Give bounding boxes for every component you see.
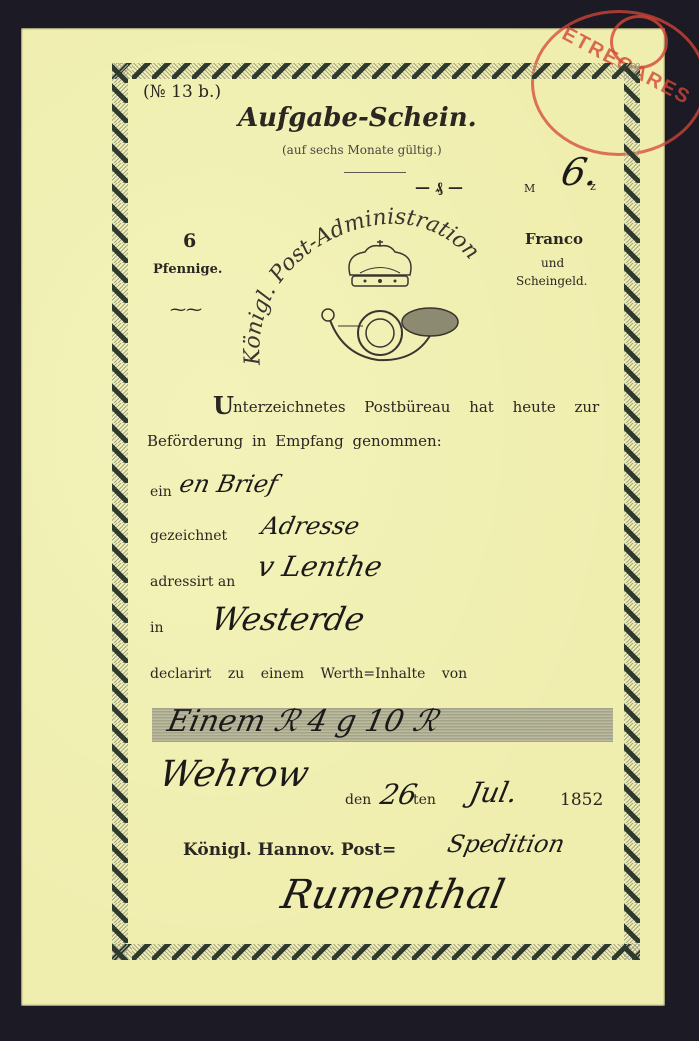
- year: 1852: [560, 790, 603, 810]
- den-label: den: [345, 792, 371, 808]
- scheingeld-label: Scheingeld.: [516, 274, 587, 288]
- declared-value-handwritten: Einem ℛ 4 g 10 ℛ: [164, 704, 440, 739]
- validity-note: (auf sechs Monate gültig.): [282, 143, 442, 157]
- field-label-gezeichnet: gezeichnet: [150, 528, 227, 544]
- field-value-in: Westerde: [208, 600, 368, 638]
- place-handwritten: Wehrow: [156, 754, 313, 795]
- office-handwritten: Spedition: [445, 830, 567, 858]
- fee-symbol: — ₰ —: [415, 178, 463, 197]
- title-divider: [344, 172, 406, 173]
- und-label: und: [541, 256, 564, 270]
- border-left: [112, 63, 128, 960]
- field-label-in: in: [150, 620, 164, 636]
- field-label-ein: ein: [150, 484, 172, 500]
- field-value-gezeichnet: Adresse: [259, 512, 362, 540]
- declared-label: declarirt zu einem Werth=Inhalte von: [150, 666, 467, 682]
- document-title: Aufgabe-Schein.: [238, 103, 477, 133]
- border-top: [112, 63, 640, 79]
- intro-drop-cap: U: [213, 391, 234, 420]
- intro-line-1: nterzeichnetes Postbüreau hat heute zur: [233, 398, 599, 416]
- office-label: Königl. Hannov. Post=: [183, 840, 396, 860]
- ten-label: ten: [413, 792, 436, 808]
- intro-line-2: Beförderung in Empfang genommen:: [147, 432, 442, 450]
- signature-handwritten: Rumenthal: [277, 872, 508, 918]
- crown-icon: [340, 240, 420, 300]
- fee-unit-suffix: z: [590, 180, 596, 193]
- posthorn-icon: [318, 300, 463, 370]
- form-number: (№ 13 b.): [143, 82, 221, 102]
- franco-label: Franco: [525, 230, 583, 248]
- fee-unit-mark: M: [524, 182, 535, 195]
- border-right: [624, 63, 640, 960]
- price-amount: 6: [183, 230, 196, 252]
- field-value-ein: en Brief: [177, 470, 280, 498]
- price-ornament: ⁓⁓: [170, 300, 202, 319]
- field-value-adressirt: v Lenthe: [254, 550, 385, 583]
- border-bottom: [112, 944, 640, 960]
- field-label-adressirt: adressirt an: [150, 574, 235, 590]
- month-handwritten: Jul.: [466, 776, 520, 809]
- ornamental-border: [112, 63, 640, 960]
- price-unit: Pfennige.: [153, 262, 222, 277]
